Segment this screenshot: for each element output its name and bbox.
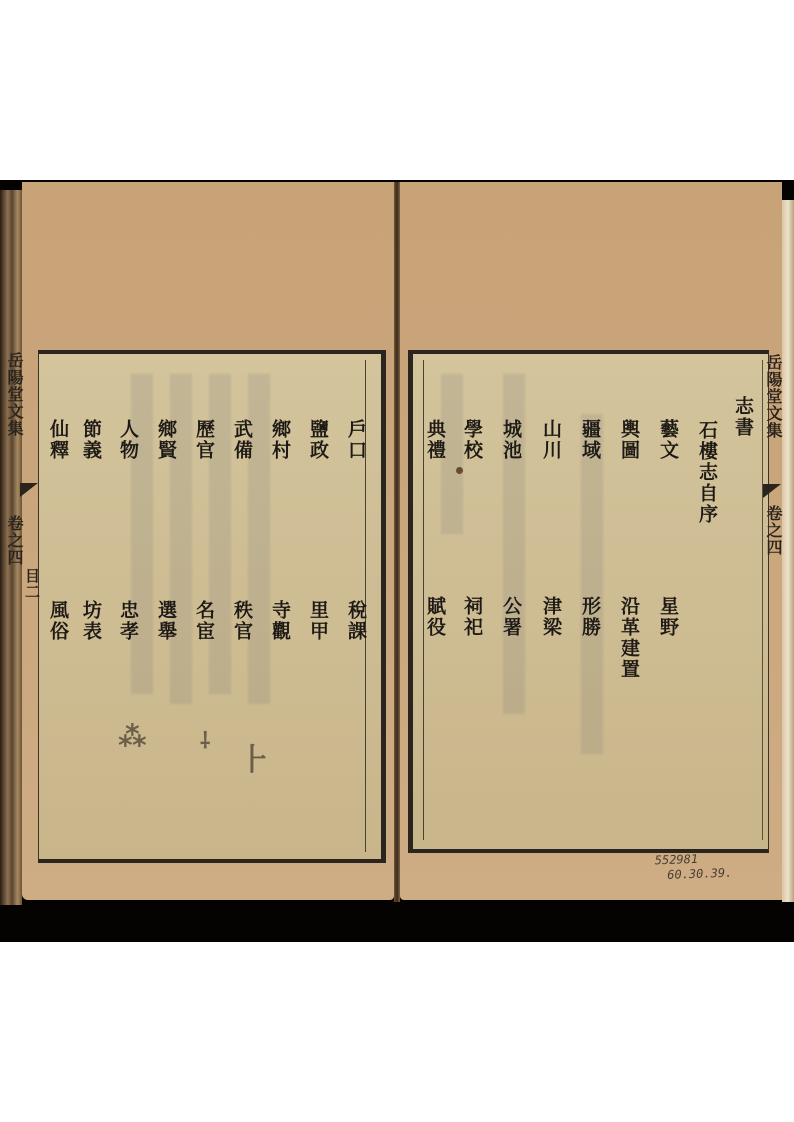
toc-entry: 選舉 <box>155 600 177 642</box>
toc-entry: 形勝 <box>579 596 601 638</box>
preface-title: 石樓志自序 <box>696 420 718 525</box>
toc-entry: 藝文 <box>657 419 679 461</box>
toc-entry: 典禮 <box>424 419 446 461</box>
toc-entry: 忠孝 <box>117 600 139 642</box>
toc-entry: 鹽政 <box>307 419 329 461</box>
fishtail-mark <box>20 483 38 497</box>
toc-entry: 名宦 <box>193 600 215 642</box>
stain-dot <box>456 467 463 474</box>
right-margin-title: 岳陽堂文集 <box>762 354 785 439</box>
ink-smudge: ⁂ <box>118 720 147 753</box>
fishtail-mark <box>763 484 781 498</box>
toc-entry: 稅課 <box>345 600 367 642</box>
toc-entry: 里甲 <box>307 600 329 642</box>
section-heading: 志書 <box>732 396 754 438</box>
toc-entry: 山川 <box>540 419 562 461</box>
toc-entry: 輿圖 <box>618 419 640 461</box>
ink-smudge: ⺊ <box>240 735 270 779</box>
left-margin-title: 岳陽堂文集 <box>3 352 26 437</box>
left-margin-volume: 卷之四 <box>3 515 26 566</box>
toc-entry: 風俗 <box>47 600 69 642</box>
toc-entry: 城池 <box>500 419 522 461</box>
toc-entry: 寺觀 <box>269 600 291 642</box>
toc-entry: 仙釋 <box>47 419 69 461</box>
toc-entry: 津梁 <box>540 596 562 638</box>
toc-entry: 歷官 <box>193 419 215 461</box>
toc-entry: 人物 <box>117 419 139 461</box>
ink-smudge: ⸸ <box>200 725 210 755</box>
toc-entry: 鄉賢 <box>155 419 177 461</box>
toc-entry: 疆域 <box>579 419 601 461</box>
show-through <box>581 414 603 754</box>
right-margin-volume: 卷之四 <box>762 505 785 556</box>
left-margin-section: 目二 <box>22 568 43 600</box>
toc-entry: 學校 <box>461 419 483 461</box>
toc-entry: 戶口 <box>345 419 367 461</box>
library-annotation: 552981 60.30.39. <box>655 851 733 884</box>
toc-entry: 節義 <box>80 419 102 461</box>
toc-entry: 秩官 <box>231 600 253 642</box>
toc-entry: 武備 <box>231 419 253 461</box>
book-gutter <box>394 182 400 902</box>
toc-entry: 星野 <box>657 596 679 638</box>
toc-entry: 賦役 <box>424 596 446 638</box>
toc-entry: 鄉村 <box>269 419 291 461</box>
toc-entry: 坊表 <box>80 600 102 642</box>
toc-entry: 沿革建置 <box>618 596 640 680</box>
toc-entry: 祠祀 <box>461 596 483 638</box>
annotation-line-2: 60.30.39. <box>655 866 733 884</box>
toc-entry: 公署 <box>500 596 522 638</box>
